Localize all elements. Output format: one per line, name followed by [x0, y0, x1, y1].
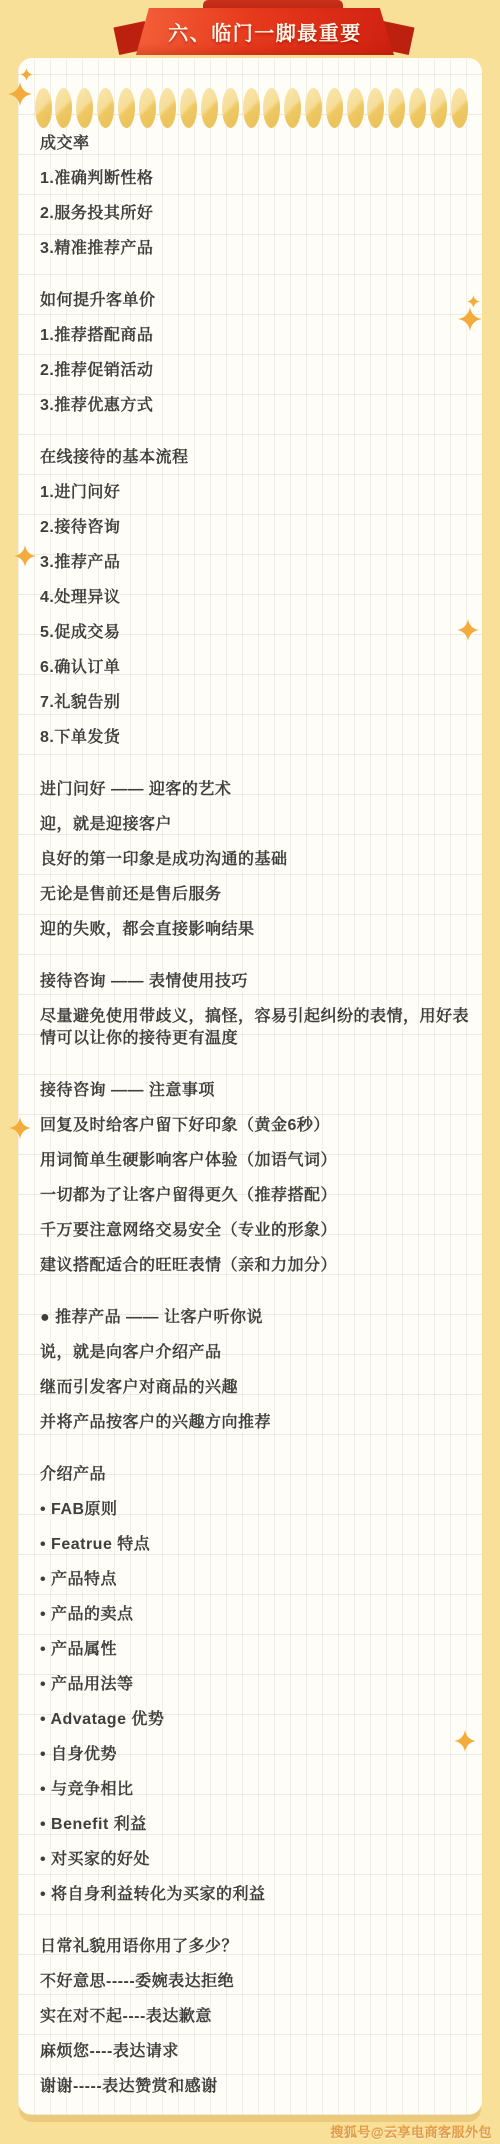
note-line: 介绍产品: [40, 1464, 472, 1486]
note-line: 实在对不起----表达歉意: [40, 2006, 472, 2028]
note-line: 进门问好 —— 迎客的艺术: [40, 779, 472, 801]
note-section: 如何提升客单价1.推荐搭配商品2.推荐促销活动3.推荐优惠方式: [40, 290, 472, 417]
note-line: 迎的失败，都会直接影响结果: [40, 919, 472, 941]
binding-hole-icon: [305, 88, 322, 128]
banner-ribbon: 六、临门一脚最重要: [136, 8, 394, 55]
note-line: 2.推荐促销活动: [40, 360, 472, 382]
note-line: 在线接待的基本流程: [40, 447, 472, 469]
binding-hole-icon: [367, 88, 384, 128]
binding-hole-icon: [139, 88, 156, 128]
binding-hole-icon: [35, 88, 52, 128]
binding-hole-icon: [201, 88, 218, 128]
note-line: 5.促成交易: [40, 622, 472, 644]
binding-strip: [18, 88, 482, 128]
note-line: • 产品属性: [40, 1639, 472, 1661]
note-line: 迎，就是迎接客户: [40, 814, 472, 836]
note-section: 接待咨询 —— 注意事项回复及时给客户留下好印象（黄金6秒）用词简单生硬影响客户…: [40, 1080, 472, 1277]
note-line: • 将自身利益转化为买家的利益: [40, 1884, 472, 1906]
note-line: 无论是售前还是售后服务: [40, 884, 472, 906]
binding-hole-icon: [222, 88, 239, 128]
note-line: 6.确认订单: [40, 657, 472, 679]
note-line: 一切都为了让客户留得更久（推荐搭配）: [40, 1185, 472, 1207]
sparkle-icon: [14, 545, 36, 567]
sparkle-icon: [9, 1117, 31, 1139]
binding-hole-icon: [347, 88, 364, 128]
note-line: 1.推荐搭配商品: [40, 325, 472, 347]
note-line: 回复及时给客户留下好印象（黄金6秒）: [40, 1115, 472, 1137]
note-line: 不好意思-----委婉表达拒绝: [40, 1971, 472, 1993]
note-line: • Benefit 利益: [40, 1814, 472, 1836]
binding-hole-icon: [451, 88, 468, 128]
note-section: 接待咨询 —— 表情使用技巧尽量避免使用带歧义，搞怪，容易引起纠纷的表情，用好表…: [40, 971, 472, 1050]
note-section: ● 推荐产品 —— 让客户听你说说，就是向客户介绍产品继而引发客户对商品的兴趣并…: [40, 1307, 472, 1434]
binding-hole-icon: [97, 88, 114, 128]
note-line: 谢谢-----表达赞赏和感谢: [40, 2076, 472, 2098]
note-line: 3.推荐优惠方式: [40, 395, 472, 417]
watermark: 搜狐号@云享电商客服外包: [330, 2122, 492, 2141]
note-line: • FAB原则: [40, 1499, 472, 1521]
note-line: • 对买家的好处: [40, 1849, 472, 1871]
note-line: 用词简单生硬影响客户体验（加语气词）: [40, 1150, 472, 1172]
note-line: 接待咨询 —— 表情使用技巧: [40, 971, 472, 993]
notebook-paper: 成交率1.准确判断性格2.服务投其所好3.精准推荐产品如何提升客单价1.推荐搭配…: [18, 58, 482, 2115]
note-line: 千万要注意网络交易安全（专业的形象）: [40, 1220, 472, 1242]
binding-hole-icon: [118, 88, 135, 128]
note-line: • 自身优势: [40, 1744, 472, 1766]
note-line: 8.下单发货: [40, 727, 472, 749]
note-line: 良好的第一印象是成功沟通的基础: [40, 849, 472, 871]
page-title: 六、临门一脚最重要: [168, 17, 362, 46]
binding-hole-icon: [55, 88, 72, 128]
note-line: • Featrue 特点: [40, 1534, 472, 1556]
binding-hole-icon: [388, 88, 405, 128]
note-line: • 产品的卖点: [40, 1604, 472, 1626]
note-section: 成交率1.准确判断性格2.服务投其所好3.精准推荐产品: [40, 133, 472, 260]
note-line: • 产品特点: [40, 1569, 472, 1591]
binding-hole-icon: [409, 88, 426, 128]
note-section: 介绍产品• FAB原则• Featrue 特点• 产品特点• 产品的卖点• 产品…: [40, 1464, 472, 1906]
note-line: 1.进门问好: [40, 482, 472, 504]
note-section: 在线接待的基本流程1.进门问好2.接待咨询3.推荐产品4.处理异议5.促成交易6…: [40, 447, 472, 749]
note-line: 2.接待咨询: [40, 517, 472, 539]
note-line: ● 推荐产品 —— 让客户听你说: [40, 1307, 472, 1329]
note-line: 并将产品按客户的兴趣方向推荐: [40, 1412, 472, 1434]
note-line: 4.处理异议: [40, 587, 472, 609]
note-line: 如何提升客单价: [40, 290, 472, 312]
note-line: 麻烦您----表达请求: [40, 2041, 472, 2063]
sparkle-icon: [457, 619, 479, 641]
note-line: 建议搭配适合的旺旺表情（亲和力加分）: [40, 1255, 472, 1277]
note-line: 7.礼貌告别: [40, 692, 472, 714]
section-banner: 六、临门一脚最重要: [0, 0, 500, 60]
sparkle-icon: [20, 68, 33, 81]
note-line: • 与竞争相比: [40, 1779, 472, 1801]
binding-hole-icon: [430, 88, 447, 128]
sparkle-icon: [458, 307, 482, 331]
note-line: 1.准确判断性格: [40, 168, 472, 190]
binding-hole-icon: [326, 88, 343, 128]
note-line: 3.精准推荐产品: [40, 238, 472, 260]
note-line: 成交率: [40, 133, 472, 155]
binding-hole-icon: [243, 88, 260, 128]
binding-hole-icon: [263, 88, 280, 128]
note-line: 接待咨询 —— 注意事项: [40, 1080, 472, 1102]
note-content: 成交率1.准确判断性格2.服务投其所好3.精准推荐产品如何提升客单价1.推荐搭配…: [40, 133, 472, 2098]
binding-hole-icon: [284, 88, 301, 128]
note-line: 日常礼貌用语你用了多少？: [40, 1936, 472, 1958]
note-section: 进门问好 —— 迎客的艺术迎，就是迎接客户良好的第一印象是成功沟通的基础无论是售…: [40, 779, 472, 941]
sparkle-icon: [454, 1730, 476, 1752]
note-section: 日常礼貌用语你用了多少？不好意思-----委婉表达拒绝实在对不起----表达歉意…: [40, 1936, 472, 2098]
note-line: • Advatage 优势: [40, 1709, 472, 1731]
note-line: 尽量避免使用带歧义，搞怪，容易引起纠纷的表情，用好表情可以让你的接待更有温度: [40, 1006, 472, 1050]
note-line: 继而引发客户对商品的兴趣: [40, 1377, 472, 1399]
note-line: 2.服务投其所好: [40, 203, 472, 225]
note-line: 说，就是向客户介绍产品: [40, 1342, 472, 1364]
note-line: • 产品用法等: [40, 1674, 472, 1696]
note-line: 3.推荐产品: [40, 552, 472, 574]
binding-hole-icon: [159, 88, 176, 128]
binding-hole-icon: [76, 88, 93, 128]
sparkle-icon: [8, 82, 32, 106]
binding-hole-icon: [180, 88, 197, 128]
